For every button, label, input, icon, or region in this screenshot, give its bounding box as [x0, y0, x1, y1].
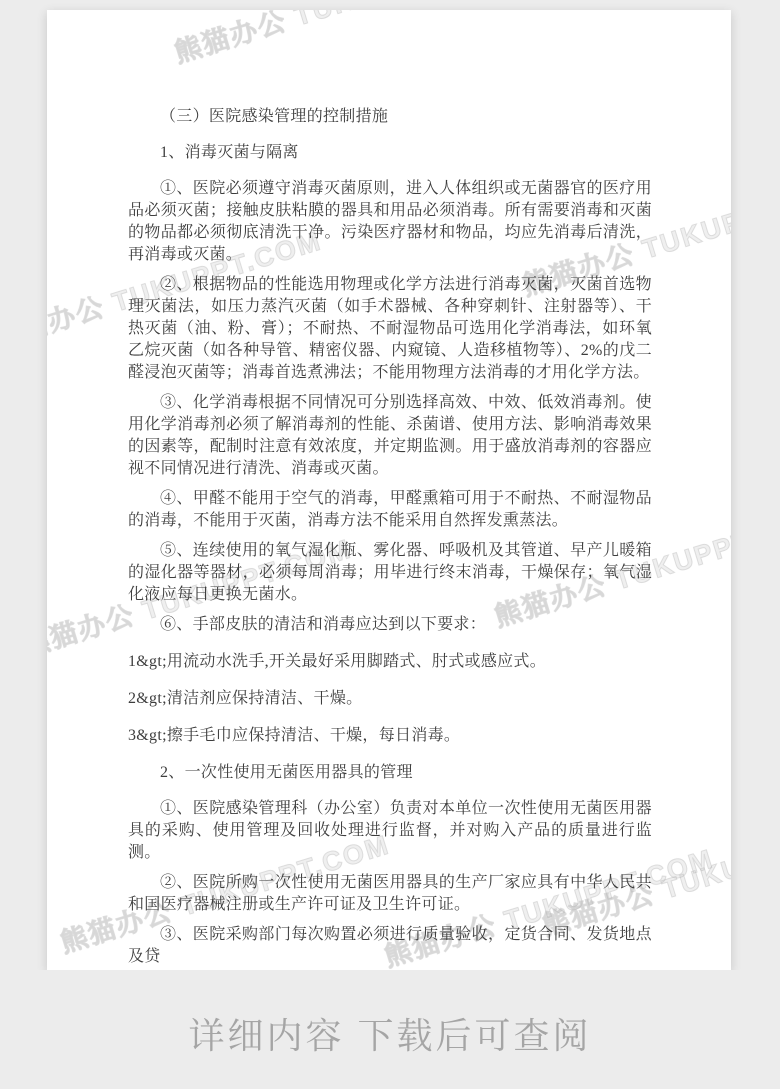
hand-hygiene-req-2: 2&gt;清洁剂应保持清洁、干燥。	[128, 688, 652, 710]
document-body: （三）医院感染管理的控制措施 1、消毒灭菌与隔离 ①、医院必须遵守消毒灭菌原则，…	[128, 106, 652, 970]
paragraph-2-item-3: ③、医院采购部门每次购置必须进行质量验收，定货合同、发货地点及贷	[128, 924, 652, 968]
paragraph-2-item-1: ①、医院感染管理科（办公室）负责对本单位一次性使用无菌医用器具的采购、使用管理及…	[128, 798, 652, 864]
document-page: 熊猫办公 TUKUPPT.COM 熊猫办公 TUKUPPT.COM 熊猫办公 T…	[47, 10, 731, 970]
paragraph-item-1: ①、医院必须遵守消毒灭菌原则，进入人体组织或无菌器官的医疗用品必须灭菌；接触皮肤…	[128, 178, 652, 266]
paragraph-item-5: ⑤、连续使用的氧气湿化瓶、雾化器、呼吸机及其管道、早产儿暖箱的湿化器等器材，必须…	[128, 540, 652, 606]
paragraph-2-item-2: ②、医院所购一次性使用无菌医用器具的生产厂家应具有中华人民共和国医疗器械注册或生…	[128, 872, 652, 916]
hand-hygiene-req-1: 1&gt;用流动水洗手,开关最好采用脚踏式、肘式或感应式。	[128, 651, 652, 673]
paragraph-item-4: ④、甲醛不能用于空气的消毒，甲醛熏箱可用于不耐热、不耐湿物品的消毒，不能用于灭菌…	[128, 488, 652, 532]
subsection-2-heading: 2、一次性使用无菌医用器具的管理	[128, 762, 652, 784]
subsection-1-heading: 1、消毒灭菌与隔离	[128, 142, 652, 164]
hand-hygiene-req-3: 3&gt;擦手毛巾应保持清洁、干燥，每日消毒。	[128, 725, 652, 747]
paragraph-item-2: ②、根据物品的性能选用物理或化学方法进行消毒灭菌，灭菌首选物理灭菌法，如压力蒸汽…	[128, 274, 652, 384]
paragraph-item-3: ③、化学消毒根据不同情况可分别选择高效、中效、低效消毒剂。使用化学消毒剂必须了解…	[128, 392, 652, 480]
footer-caption: 详细内容 下载后可查阅	[0, 1008, 780, 1059]
watermark: 熊猫办公 TUKUPPT.COM	[169, 10, 508, 70]
section-heading: （三）医院感染管理的控制措施	[128, 106, 652, 128]
paragraph-item-6: ⑥、手部皮肤的清洁和消毒应达到以下要求：	[128, 614, 652, 636]
